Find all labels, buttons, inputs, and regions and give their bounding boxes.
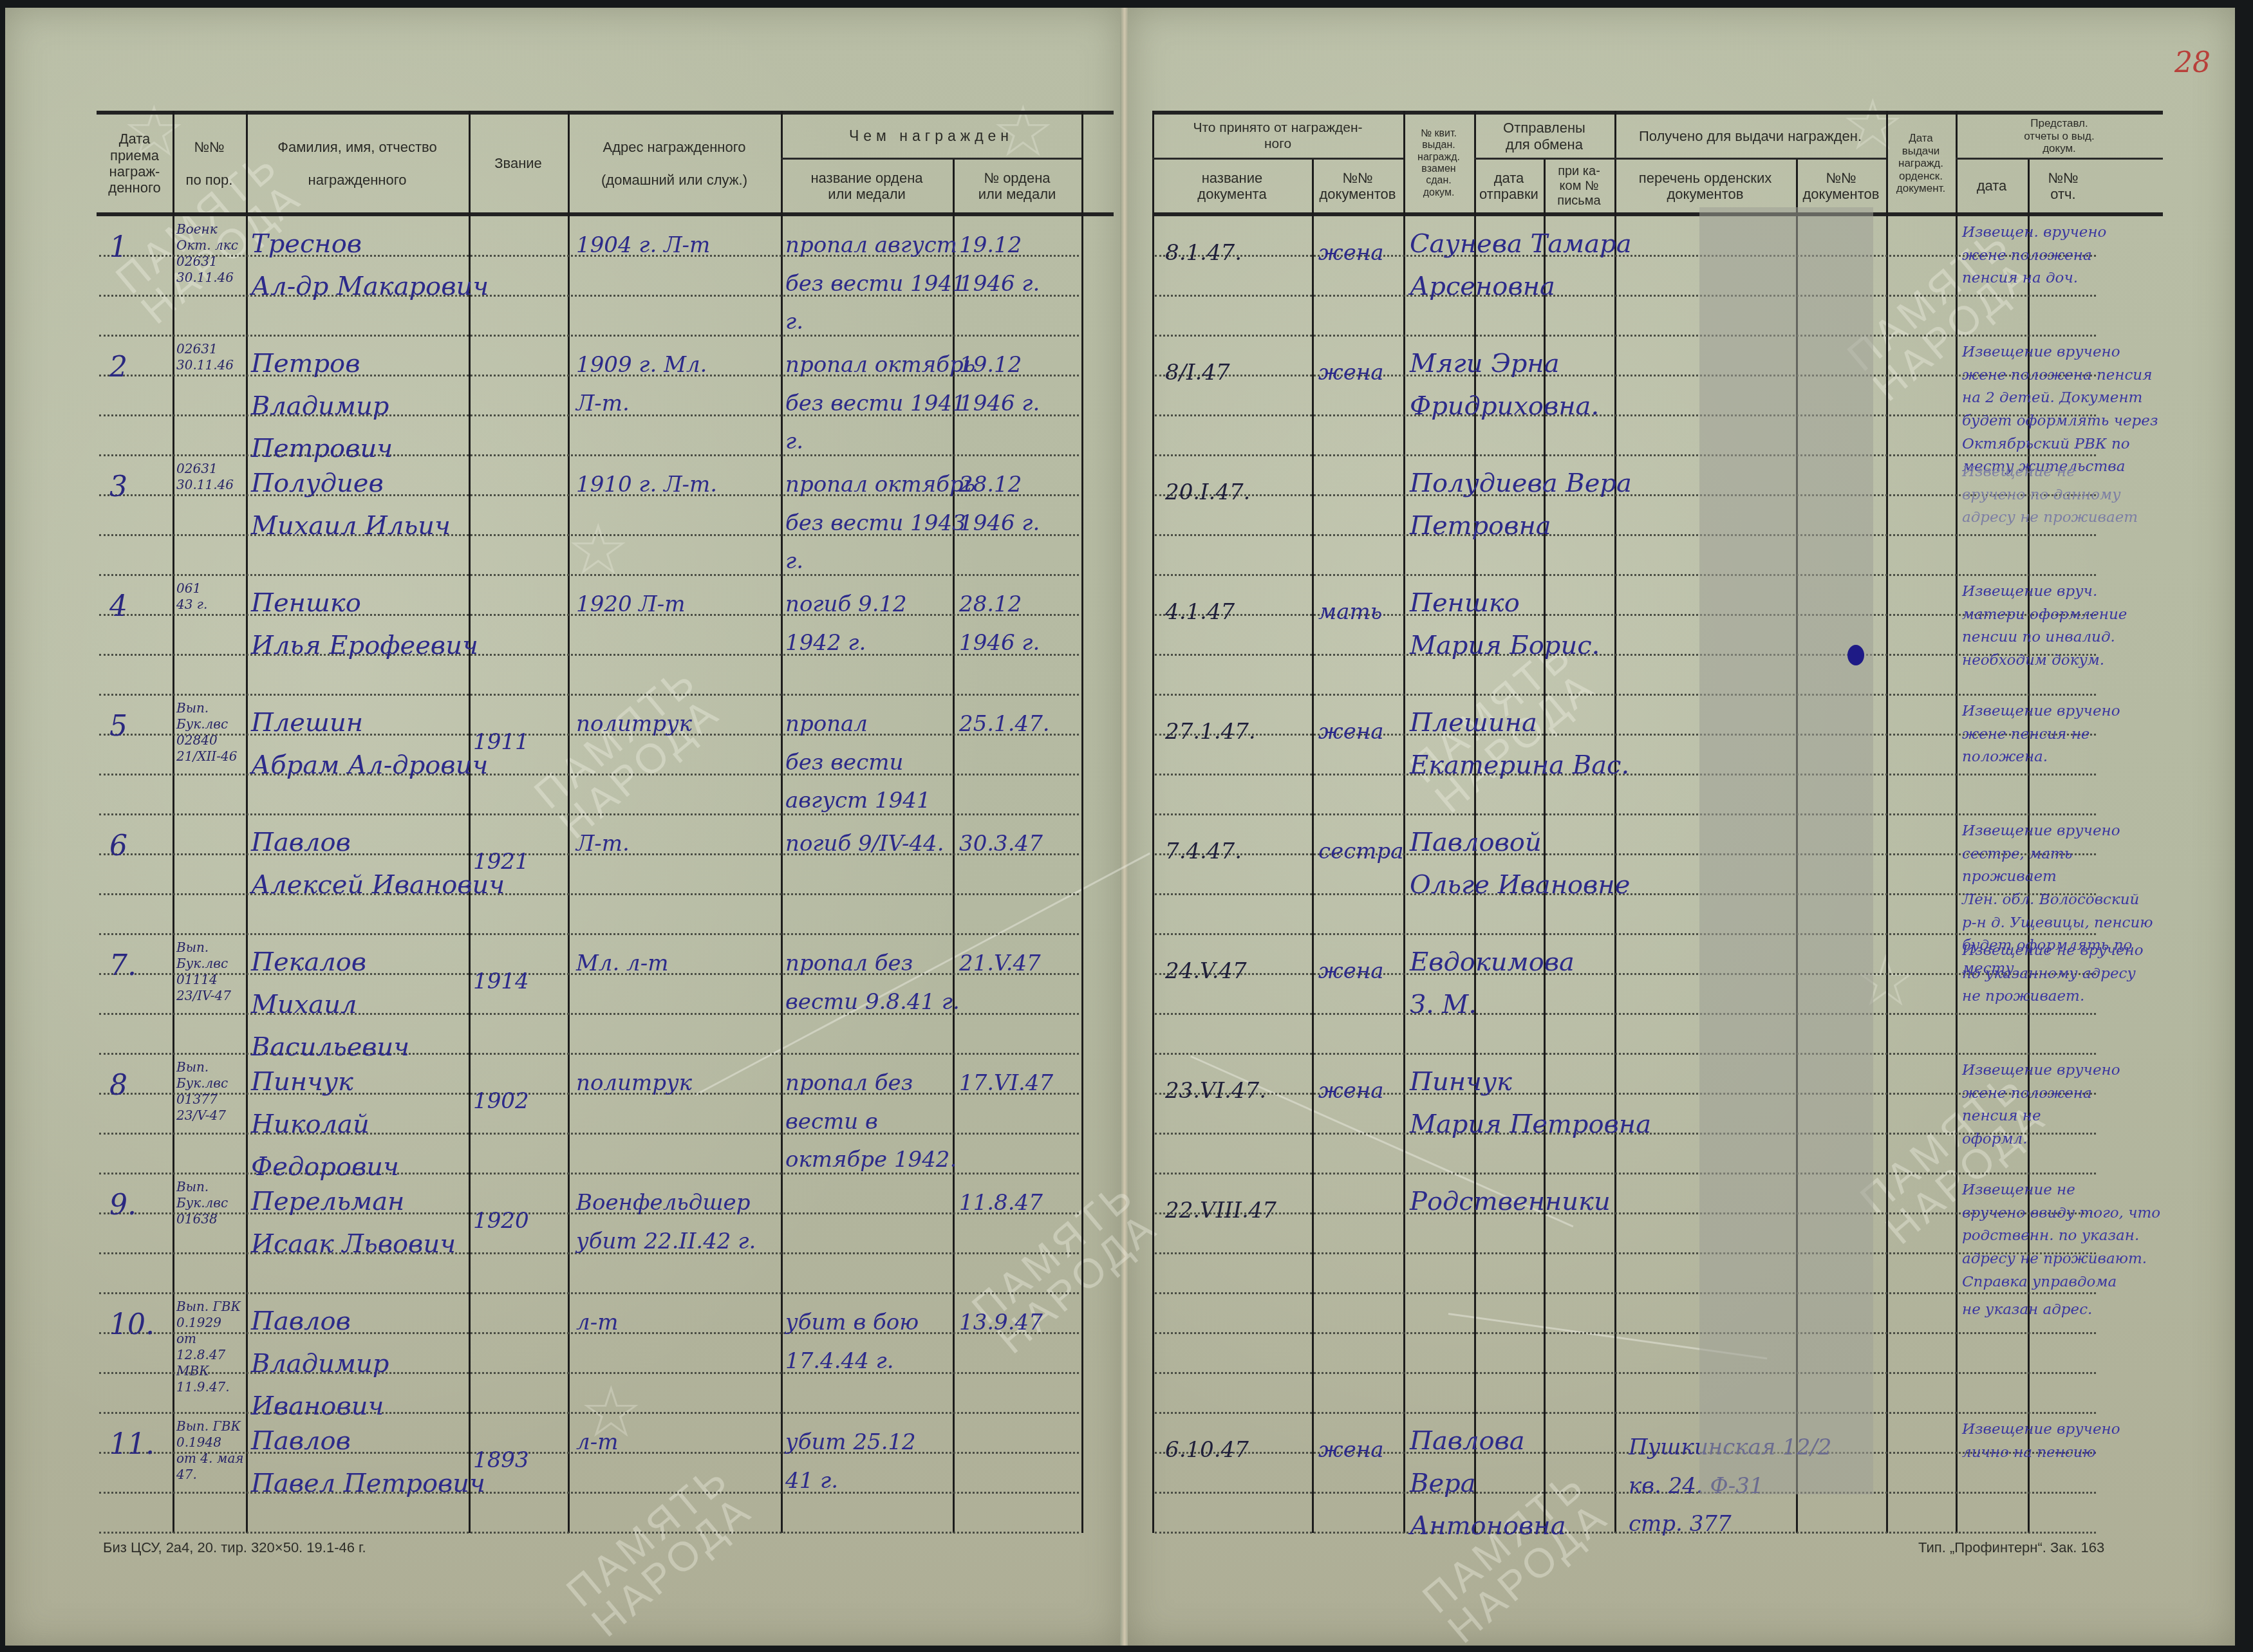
recipient-name: Мяги Эрна Фридриховна. — [1410, 342, 1693, 427]
ruled-line — [1155, 454, 2096, 456]
row-number: 9. — [109, 1191, 167, 1220]
row-reference: Вып. Бук.лвс 01114 23/IV-47 — [176, 940, 247, 1004]
row-number: 3 — [109, 472, 167, 502]
row-number: 8 — [109, 1071, 167, 1100]
awardee-address: политрук — [576, 705, 782, 744]
accepted-date: 23.VI.47. — [1165, 1072, 1313, 1111]
awardee-name: Павлов Павел Петрович — [251, 1420, 509, 1505]
relative-type: жена — [1318, 354, 1402, 393]
award-number: 13.9.47 — [959, 1304, 1081, 1342]
awardee-address: л-т — [576, 1304, 782, 1342]
award-number: 19.12 1946 г. — [959, 346, 1081, 423]
row-number: 10. — [109, 1310, 167, 1340]
row-reference: 02631 30.11.46 — [176, 461, 247, 493]
recipient-name: Павловой Ольге Ивановне — [1410, 821, 1693, 906]
row-reference: Вып. Бук.лвс 01638 — [176, 1179, 247, 1227]
row-number: 4 — [109, 592, 167, 622]
col-header-full-name: Фамилия, имя, отчество награжденного — [246, 115, 469, 212]
accepted-date: 7.4.47. — [1165, 833, 1313, 871]
accepted-date: 4.1.47 — [1165, 593, 1313, 632]
awardee-rank: 1911 — [473, 723, 570, 762]
row-number: 7. — [109, 951, 167, 981]
col-header-report-date: дата — [1956, 160, 2028, 212]
col-header-award-name: название ордена или медали — [781, 160, 953, 212]
recipient-name: Евдокимова З. М. — [1410, 941, 1693, 1026]
relative-type: жена — [1318, 713, 1402, 752]
awardee-name: Полудиев Михаил Ильич — [251, 462, 509, 547]
award-name: пропал без вести август 1941 — [785, 705, 978, 821]
awardee-address: Л-т. — [576, 825, 782, 864]
col-header-sent-date: дата отправки — [1474, 160, 1544, 212]
col-header-date-received: Дата приема награж- денного — [97, 115, 173, 212]
row-number: 11. — [109, 1430, 167, 1460]
ink-blot — [1847, 645, 1864, 665]
col-header-receipt-no: № квит. выдан. награжд. взамен сдан. док… — [1403, 115, 1474, 212]
remark-note: Извещение не вручено по указанному адрес… — [1962, 940, 2168, 1008]
column-divider — [173, 111, 174, 1533]
recipient-name: Пеншко Мария Борис. — [1410, 582, 1693, 667]
ruled-line — [99, 1412, 1079, 1414]
ruled-line — [1155, 1252, 2096, 1254]
col-header-sent-group: Отправлены для обмена — [1474, 115, 1614, 158]
col-header-award-number: № ордена или медали — [953, 160, 1081, 212]
awardee-name: Пекалов Михаил Васильевич — [251, 941, 509, 1068]
awardee-rank: 1914 — [473, 963, 570, 1001]
award-name: пропал август без вести 1941 г. — [785, 227, 978, 342]
relative-type: сестра — [1318, 833, 1402, 871]
award-number: 17.VI.47 — [959, 1064, 1081, 1103]
row-reference: Вып. Бук.лвс 02840 21/XII-46 — [176, 700, 247, 765]
row-reference: 02631 30.11.46 — [176, 341, 247, 373]
ruled-line — [1155, 694, 2096, 696]
col-header-award-group: Чем награжден — [781, 115, 1081, 158]
ruled-line — [99, 1053, 1079, 1055]
award-number: 28.12 1946 г. — [959, 466, 1081, 543]
relative-type: жена — [1318, 1072, 1402, 1111]
col-header-received-list: перечень орденских документов — [1614, 160, 1796, 212]
ruled-line — [1155, 1053, 2096, 1055]
col-header-accepted-group: Что принято от награжден- ного — [1152, 115, 1403, 158]
row-reference: Военк Окт. лкс 02631 30.11.46 — [176, 221, 247, 286]
ruled-line — [1155, 813, 2096, 815]
ruled-line — [99, 1532, 1079, 1534]
award-name: пропал октябрь без вести 1941 г. — [785, 346, 978, 461]
awardee-address: политрук — [576, 1064, 782, 1103]
awardee-address: л-т — [576, 1424, 782, 1462]
awardee-name: Павлов Алексей Иванович — [251, 821, 509, 906]
ruled-line — [99, 694, 1079, 696]
redacted-area — [1699, 207, 1873, 1494]
award-name: погиб 9/IV-44. — [785, 825, 978, 864]
award-number: 30.3.47 — [959, 825, 1081, 864]
ruled-line — [99, 933, 1079, 935]
remark-note: Извещение не вручено ввиду того, что род… — [1962, 1179, 2168, 1294]
award-name: погиб 9.12 1942 г. — [785, 586, 978, 662]
remark-note: Извещение вручено жене положена пенсия н… — [1962, 341, 2168, 479]
col-header-rank: Звание — [469, 115, 568, 212]
award-name: пропал октябрь без вести 1943 г. — [785, 466, 978, 581]
right-print-imprint: Тип. „Профинтерн“. Зак. 163 — [1918, 1539, 2104, 1556]
awardee-address: 1910 г. Л-т. — [576, 466, 782, 505]
accepted-date: 24.V.47 — [1165, 952, 1313, 991]
remark-note: Извещение вручено жене пенсия не положен… — [1962, 700, 2168, 769]
awardee-rank: 1921 — [473, 843, 570, 882]
remark-note: Извещение не вручено по данному адресу н… — [1962, 461, 2168, 530]
header-bottom-rule — [97, 212, 1114, 216]
awardee-name: Петров Владимир Петрович — [251, 342, 509, 470]
award-name: убит 25.12 41 г. — [785, 1424, 978, 1500]
recipient-name: Полудиева Вера Петровна — [1410, 462, 1693, 547]
ruled-line — [1155, 1372, 2096, 1374]
ruled-line — [1155, 1332, 2096, 1334]
awardee-name: Перельман Исаак Львович — [251, 1180, 509, 1265]
awardee-address: 1920 Л-т — [576, 586, 782, 624]
remark-note: Извещение вруч. матери оформление пенсии… — [1962, 580, 2168, 673]
row-reference: Вып. ГВК 0.1948 от 4. мая 47. — [176, 1418, 247, 1483]
relative-type: жена — [1318, 1431, 1402, 1470]
awardee-address: 1909 г. Мл. Л-т. — [576, 346, 782, 423]
award-name: пропал без вести 9.8.41 г. — [785, 945, 978, 1021]
column-divider — [1886, 111, 1888, 1533]
col-header-received-group: Получено для выдачи награжден. — [1614, 115, 1886, 158]
column-divider — [1403, 111, 1405, 1533]
relative-type: жена — [1318, 234, 1402, 273]
awardee-rank: 1902 — [473, 1082, 570, 1121]
col-header-address: Адрес награжденного (домашний или служ.) — [568, 115, 781, 212]
remark-note: Извещение вручено лично на пенсию — [1962, 1418, 2168, 1464]
awardee-name: Треснов Ал-др Макарович — [251, 223, 509, 308]
awardee-rank: 1920 — [473, 1202, 570, 1241]
awardee-name: Павлов Владимир Иванович — [251, 1300, 509, 1427]
row-number: 1 — [109, 233, 167, 263]
col-header-report-group: Представл. отчеты о выд. докум. — [1956, 115, 2163, 158]
awards-ledger-left: Дата приема награж- денного №№ по пор. Ф… — [97, 111, 1114, 1533]
ruled-line — [1155, 574, 2096, 576]
awardee-name: Пеншко Илья Ерофеевич — [251, 582, 509, 667]
row-reference: Вып. ГВК 0.1929 от 12.8.47 МВК 11.9.47. — [176, 1299, 247, 1395]
award-number: 21.V.47 — [959, 945, 1081, 983]
awardee-address: Военфельдшер убит 22.II.42 г. — [576, 1184, 782, 1261]
col-header-doc-numbers: №№ документов — [1312, 160, 1403, 212]
header-bottom-rule — [1152, 212, 2163, 216]
row-reference: 061 43 г. — [176, 580, 247, 613]
awardee-address: 1904 г. Л-т — [576, 227, 782, 265]
recipient-name: Родственники — [1410, 1180, 1693, 1223]
award-name: убит в бою 17.4.44 г. — [785, 1304, 978, 1380]
ruled-line — [99, 893, 1079, 895]
relative-type: жена — [1318, 952, 1402, 991]
ruled-line — [1155, 1412, 2096, 1414]
row-number: 6 — [109, 831, 167, 861]
left-print-imprint: Биз ЦСУ, 2а4, 20. тир. 320×50. 19.1-46 г… — [103, 1539, 366, 1556]
award-name: пропал без вести в октябре 1942. — [785, 1064, 978, 1180]
accepted-date: 6.10.47 — [1165, 1431, 1313, 1470]
remark-note: Извещение вручено жене положена пенсия н… — [1962, 1059, 2168, 1151]
remark-note: Извещен. вручено жене положена пенсия на… — [1962, 221, 2168, 290]
column-divider — [568, 111, 570, 1533]
col-header-sent-letter: при ка- ком № письма — [1544, 160, 1614, 212]
accepted-date: 8/I.47 — [1165, 354, 1313, 393]
ruled-line — [1155, 933, 2096, 935]
awardee-name: Пинчук Николай Федорович — [251, 1061, 509, 1188]
awardee-name: Плешин Абрам Ал-дрович — [251, 701, 509, 786]
recipient-name: Саунева Тамара Арсеновна — [1410, 223, 1693, 308]
award-number: 25.1.47. — [959, 705, 1081, 744]
column-divider — [1152, 111, 1154, 1533]
recipient-name: Пинчук Мария Петровна — [1410, 1061, 1693, 1146]
ruled-line — [1155, 335, 2096, 337]
column-divider — [1956, 111, 1958, 1533]
col-header-serial: №№ по пор. — [173, 115, 246, 212]
awards-ledger-right: Что принято от награжден- ного название … — [1152, 111, 2163, 1533]
col-header-issue-date: Дата выдачи награжд. орденск. документ. — [1886, 115, 1956, 212]
row-number: 2 — [109, 353, 167, 382]
recipient-name: Плешина Екатерина Вас. — [1410, 701, 1693, 786]
column-divider — [1081, 111, 1083, 1533]
award-number: 28.12 1946 г. — [959, 586, 1081, 662]
col-header-received-numbers: №№ документов — [1796, 160, 1886, 212]
award-number: 11.8.47 — [959, 1184, 1081, 1223]
accepted-date: 22.VIII.47 — [1165, 1192, 1313, 1230]
award-number: 19.12 1946 г. — [959, 227, 1081, 303]
accepted-date: 20.I.47. — [1165, 474, 1313, 512]
accepted-date: 8.1.47. — [1165, 234, 1313, 273]
ruled-line — [1155, 1292, 2096, 1294]
ruled-line — [1155, 1173, 2096, 1174]
ruled-line — [99, 1292, 1079, 1294]
accepted-date: 27.1.47. — [1165, 713, 1313, 752]
row-reference: Вып. Бук.лвс 01377 23/V-47 — [176, 1059, 247, 1124]
awardee-address: Мл. л-т — [576, 945, 782, 983]
page-number: 28 — [2174, 46, 2211, 79]
relative-type: мать — [1318, 593, 1402, 632]
remark-note: не указан адрес. — [1962, 1299, 2168, 1322]
col-header-report-no: №№ отч. — [2028, 160, 2099, 212]
col-header-doc-name: название документа — [1152, 160, 1312, 212]
row-number: 5 — [109, 712, 167, 741]
awardee-rank: 1893 — [473, 1442, 570, 1480]
